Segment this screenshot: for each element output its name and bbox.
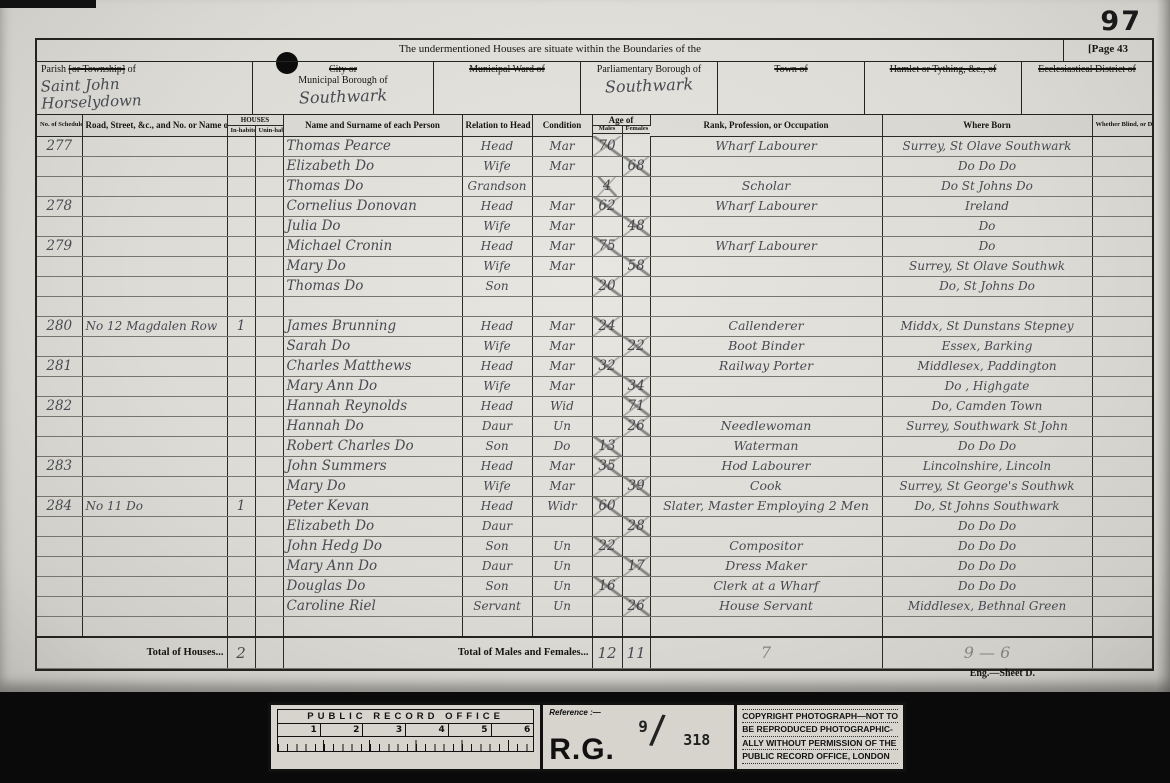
cell-age-males: 35 (592, 456, 622, 476)
district-hamlet: Hamlet or Tything, &c., of (865, 62, 1022, 114)
cell-name: Michael Cronin (283, 236, 462, 256)
ruler-number: 6 (492, 724, 534, 736)
cell-schedule (37, 216, 82, 236)
cell-inhabited (227, 536, 255, 556)
cell-age-females: 34 (622, 376, 650, 396)
cell-relation: Servant (462, 596, 532, 616)
cell-infirmity (1092, 296, 1152, 316)
ruler-ticks (277, 737, 534, 752)
cell-infirmity (1092, 276, 1152, 296)
column-headers: No. of Schedule Road, Street, &c., and N… (37, 115, 1152, 136)
cell-name: Elizabeth Do (283, 516, 462, 536)
cell-age-females (622, 616, 650, 637)
cell-name: James Brunning (283, 316, 462, 336)
cell-schedule: 283 (37, 456, 82, 476)
cell-age-females (622, 196, 650, 216)
cell-uninhabited (255, 256, 283, 276)
scan-edge-shadow (1156, 0, 1170, 692)
cell-address (82, 376, 227, 396)
cell-age-females (622, 456, 650, 476)
cell-uninhabited (255, 316, 283, 336)
cell-uninhabited (255, 516, 283, 536)
cell-relation: Wife (462, 336, 532, 356)
cell-name: Peter Kevan (283, 496, 462, 516)
cell-uninhabited (255, 596, 283, 616)
cell-inhabited (227, 216, 255, 236)
cell-occupation: Slater, Master Employing 2 Men (650, 496, 882, 516)
cell-condition: Mar (532, 236, 592, 256)
reference-series: R.G. (549, 733, 615, 767)
cell-age-males (592, 476, 622, 496)
cell-name: Mary Ann Do (283, 376, 462, 396)
ecclesiastical-struck: Ecclesiastical District of (1038, 64, 1136, 75)
cell-condition: Mar (532, 336, 592, 356)
cell-address (82, 356, 227, 376)
cell-condition: Un (532, 536, 592, 556)
cell-schedule: 284 (37, 496, 82, 516)
district-parliamentary-borough: Parliamentary Borough of Southwark (581, 62, 718, 114)
cell-name: Caroline Riel (283, 596, 462, 616)
census-scan-page: 97 The undermentioned Houses are situate… (0, 0, 1170, 692)
cell-occupation (650, 516, 882, 536)
table-row: 284 No 11 Do 1 Peter Kevan Head Widr 60 … (37, 496, 1152, 516)
cell-condition: Mar (532, 456, 592, 476)
cell-schedule: 282 (37, 396, 82, 416)
cell-name: Hannah Reynolds (283, 396, 462, 416)
cell-name (283, 296, 462, 316)
cell-occupation: Scholar (650, 176, 882, 196)
cell-address (82, 436, 227, 456)
cell-occupation: Callenderer (650, 316, 882, 336)
cell-age-males (592, 156, 622, 176)
total-females-value: 11 (622, 637, 650, 669)
cell-age-males: 16 (592, 576, 622, 596)
pro-title: PUBLIC RECORD OFFICE (277, 709, 534, 723)
cell-relation: Wife (462, 256, 532, 276)
district-municipal-borough: City or Municipal Borough of Southwark (253, 62, 434, 114)
cell-inhabited: 1 (227, 316, 255, 336)
public-record-office-card: PUBLIC RECORD OFFICE 1 2 3 4 5 6 Referen… (268, 702, 906, 772)
cell-inhabited (227, 436, 255, 456)
cell-where-born: Lincolnshire, Lincoln (882, 456, 1092, 476)
cell-uninhabited (255, 156, 283, 176)
cell-age-males: 22 (592, 536, 622, 556)
cell-inhabited (227, 256, 255, 276)
cell-age-females: 68 (622, 156, 650, 176)
cell-condition: Do (532, 436, 592, 456)
cell-age-males (592, 216, 622, 236)
cell-schedule (37, 336, 82, 356)
cell-name: Thomas Do (283, 276, 462, 296)
census-sheet: The undermentioned Houses are situate wi… (35, 38, 1154, 671)
cell-where-born: Do Do Do (882, 156, 1092, 176)
col-born: Where Born (882, 115, 1092, 136)
cell-where-born: Ireland (882, 196, 1092, 216)
cell-infirmity (1092, 316, 1152, 336)
cell-schedule (37, 556, 82, 576)
cell-inhabited (227, 336, 255, 356)
total-males-females-label: Total of Males and Females... (283, 637, 592, 669)
cell-where-born: Do , Highgate (882, 376, 1092, 396)
cell-schedule (37, 536, 82, 556)
cell-where-born: Do Do Do (882, 536, 1092, 556)
cell-uninhabited (255, 556, 283, 576)
cell-relation: Head (462, 356, 532, 376)
cell-where-born: Middlesex, Bethnal Green (882, 596, 1092, 616)
copyright-line: PUBLIC RECORD OFFICE, LONDON (742, 750, 898, 763)
cell-name: Thomas Pearce (283, 136, 462, 156)
cell-name: Thomas Do (283, 176, 462, 196)
cell-infirmity (1092, 496, 1152, 516)
parish-label-post: of (125, 64, 136, 75)
cell-relation: Head (462, 316, 532, 336)
engraver-sheet-note: Eng.—Sheet D. (970, 668, 1035, 679)
cell-age-females (622, 576, 650, 596)
cell-inhabited (227, 276, 255, 296)
pro-reference-section: Reference :— R.G. 9 / 318 (543, 705, 737, 769)
cell-relation: Head (462, 136, 532, 156)
hamlet-struck: Hamlet or Tything, &c., of (890, 64, 997, 75)
col-infirmity: Whether Blind, or Deaf-and-Dumb (1092, 115, 1152, 136)
cell-condition: Mar (532, 476, 592, 496)
cell-where-born: Middx, St Dunstans Stepney (882, 316, 1092, 336)
cell-uninhabited (255, 276, 283, 296)
cell-where-born (882, 296, 1092, 316)
cell-uninhabited (255, 336, 283, 356)
cell-age-males (592, 376, 622, 396)
cell-occupation: Wharf Labourer (650, 236, 882, 256)
cell-schedule: 280 (37, 316, 82, 336)
cell-relation: Head (462, 456, 532, 476)
cell-age-males (592, 596, 622, 616)
col-road: Road, Street, &c., and No. or Name of Ho… (82, 115, 227, 136)
cell-uninhabited (255, 236, 283, 256)
cell-inhabited (227, 176, 255, 196)
cell-inhabited (227, 136, 255, 156)
cell-age-males: 70 (592, 136, 622, 156)
cell-schedule: 281 (37, 356, 82, 376)
col-females: Females (622, 126, 650, 134)
cell-address (82, 216, 227, 236)
cell-address (82, 196, 227, 216)
parish-label-struck: [or Township] (69, 64, 126, 75)
cell-age-females: 17 (622, 556, 650, 576)
reference-item: 318 (683, 731, 710, 749)
cell-condition (532, 616, 592, 637)
col-males: Males (592, 126, 622, 134)
cell-uninhabited (255, 416, 283, 436)
cell-age-males: 24 (592, 316, 622, 336)
cell-age-males (592, 296, 622, 316)
cell-condition: Un (532, 416, 592, 436)
cell-uninhabited (255, 396, 283, 416)
cell-condition (532, 516, 592, 536)
col-age: Age of (592, 115, 650, 126)
cell-occupation (650, 256, 882, 276)
cell-address (82, 396, 227, 416)
cell-condition: Un (532, 596, 592, 616)
cell-where-born: Do (882, 236, 1092, 256)
cell-infirmity (1092, 376, 1152, 396)
cell-uninhabited (255, 376, 283, 396)
cell-schedule (37, 596, 82, 616)
reference-piece: 9 (638, 717, 648, 736)
totals-row: Total of Houses... 2 Total of Males and … (37, 637, 1152, 669)
cell-uninhabited (255, 296, 283, 316)
cell-age-females (622, 436, 650, 456)
cell-where-born: Surrey, St Olave Southwk (882, 256, 1092, 276)
table-row: Hannah Do Daur Un 26 Needlewoman Surrey,… (37, 416, 1152, 436)
cell-condition: Mar (532, 356, 592, 376)
cell-age-females (622, 136, 650, 156)
table-row: Julia Do Wife Mar 48 Do (37, 216, 1152, 236)
cell-address (82, 576, 227, 596)
cell-name: Mary Do (283, 476, 462, 496)
cell-occupation (650, 396, 882, 416)
cell-address (82, 456, 227, 476)
cell-schedule: 278 (37, 196, 82, 216)
cell-condition: Mar (532, 216, 592, 236)
cell-age-females (622, 276, 650, 296)
cell-where-born: Do, Camden Town (882, 396, 1092, 416)
cell-schedule: 279 (37, 236, 82, 256)
col-name: Name and Surname of each Person (283, 115, 462, 136)
pencil-tally-occupation: 7 (650, 637, 882, 669)
cell-inhabited (227, 556, 255, 576)
cell-where-born: Do, St Johns Southwark (882, 496, 1092, 516)
cell-name: John Summers (283, 456, 462, 476)
cell-uninhabited (255, 536, 283, 556)
ruler-scale: 1 2 3 4 5 6 (277, 723, 534, 737)
cell-where-born: Do (882, 216, 1092, 236)
cell-name: Julia Do (283, 216, 462, 236)
parish-value: Saint John Horselydown (40, 73, 191, 111)
cell-condition: Mar (532, 376, 592, 396)
cell-schedule (37, 256, 82, 276)
cell-address (82, 556, 227, 576)
cell-age-females (622, 236, 650, 256)
cell-occupation (650, 276, 882, 296)
cell-relation: Grandson (462, 176, 532, 196)
table-row: Sarah Do Wife Mar 22 Boot Binder Essex, … (37, 336, 1152, 356)
total-houses-label: Total of Houses... (37, 637, 227, 669)
cell-relation (462, 616, 532, 637)
cell-schedule (37, 616, 82, 637)
table-row: 277 Thomas Pearce Head Mar 70 Wharf Labo… (37, 136, 1152, 156)
table-row: Mary Do Wife Mar 39 Cook Surrey, St Geor… (37, 476, 1152, 496)
table-row: 282 Hannah Reynolds Head Wid 71 Do, Camd… (37, 396, 1152, 416)
cell-where-born: Do Do Do (882, 556, 1092, 576)
cell-where-born: Surrey, St George's Southwk (882, 476, 1092, 496)
col-houses: HOUSES (227, 115, 283, 126)
census-table: No. of Schedule Road, Street, &c., and N… (37, 115, 1152, 669)
cell-inhabited: 1 (227, 496, 255, 516)
table-row: Elizabeth Do Daur 28 Do Do Do (37, 516, 1152, 536)
cell-schedule (37, 296, 82, 316)
folio-number: 97 (1100, 6, 1142, 37)
table-row: Thomas Do Son 20 Do, St Johns Do (37, 276, 1152, 296)
cell-age-females: 28 (622, 516, 650, 536)
cell-uninhabited (255, 476, 283, 496)
cell-age-males: 32 (592, 356, 622, 376)
reference-label: Reference :— (549, 708, 728, 717)
district-municipal-ward: Municipal Ward of (434, 62, 581, 114)
cell-occupation: Dress Maker (650, 556, 882, 576)
total-males-value: 12 (592, 637, 622, 669)
cell-occupation (650, 216, 882, 236)
table-row: Mary Ann Do Wife Mar 34 Do , Highgate (37, 376, 1152, 396)
cell-age-females: 39 (622, 476, 650, 496)
cell-relation: Son (462, 576, 532, 596)
sheet-title: The undermentioned Houses are situate wi… (37, 40, 1063, 61)
col-condition: Condition (532, 115, 592, 136)
cell-name: John Hedg Do (283, 536, 462, 556)
cell-address (82, 416, 227, 436)
col-uninhabited: Unin-habited (U.), or Building (B.) (255, 126, 283, 136)
copyright-line: COPYRIGHT PHOTOGRAPH—NOT TO (742, 709, 898, 723)
cell-age-females (622, 356, 650, 376)
cell-schedule (37, 156, 82, 176)
cell-schedule (37, 576, 82, 596)
cell-name: Hannah Do (283, 416, 462, 436)
ruler-number: 2 (321, 724, 364, 736)
cell-uninhabited (255, 616, 283, 637)
parliamentary-borough-value: Southwark (585, 74, 714, 97)
cell-address: No 11 Do (82, 496, 227, 516)
cell-age-males: 4 (592, 176, 622, 196)
cell-name: Sarah Do (283, 336, 462, 356)
cell-age-males (592, 416, 622, 436)
cell-infirmity (1092, 476, 1152, 496)
cell-inhabited (227, 456, 255, 476)
cell-relation (462, 296, 532, 316)
cell-address (82, 596, 227, 616)
cell-schedule (37, 416, 82, 436)
cell-where-born: Essex, Barking (882, 336, 1092, 356)
cell-age-males: 20 (592, 276, 622, 296)
cell-where-born: Surrey, St Olave Southwark (882, 136, 1092, 156)
cell-inhabited (227, 376, 255, 396)
cell-age-females: 26 (622, 596, 650, 616)
cell-relation: Head (462, 396, 532, 416)
cell-infirmity (1092, 156, 1152, 176)
cell-age-males (592, 516, 622, 536)
cell-name: Charles Matthews (283, 356, 462, 376)
cell-age-females: 26 (622, 416, 650, 436)
cell-age-males: 75 (592, 236, 622, 256)
cell-age-females: 22 (622, 336, 650, 356)
cell-relation: Wife (462, 216, 532, 236)
cell-occupation (650, 156, 882, 176)
cell-inhabited (227, 596, 255, 616)
cell-infirmity (1092, 456, 1152, 476)
cell-age-females (622, 536, 650, 556)
total-houses-value: 2 (227, 637, 255, 669)
table-row: 281 Charles Matthews Head Mar 32 Railway… (37, 356, 1152, 376)
municipal-ward-struck: Municipal Ward of (469, 64, 545, 75)
cell-occupation (650, 296, 882, 316)
cell-age-females: 58 (622, 256, 650, 276)
cell-where-born: Do St Johns Do (882, 176, 1092, 196)
col-schedule: No. of Schedule (37, 115, 82, 136)
cell-inhabited (227, 416, 255, 436)
cell-name: Elizabeth Do (283, 156, 462, 176)
copyright-line: ALLY WITHOUT PERMISSION OF THE (742, 737, 898, 750)
municipal-borough-struck: City or (329, 64, 357, 75)
cell-age-females (622, 176, 650, 196)
cell-age-males (592, 336, 622, 356)
cell-inhabited (227, 616, 255, 637)
cell-infirmity (1092, 256, 1152, 276)
cell-uninhabited (255, 496, 283, 516)
cell-infirmity (1092, 576, 1152, 596)
cell-relation: Head (462, 236, 532, 256)
cell-condition (532, 176, 592, 196)
cell-inhabited (227, 396, 255, 416)
table-row: Elizabeth Do Wife Mar 68 Do Do Do (37, 156, 1152, 176)
cell-age-males (592, 556, 622, 576)
cell-uninhabited (255, 196, 283, 216)
cell-where-born: Middlesex, Paddington (882, 356, 1092, 376)
parish-label-pre: Parish (41, 64, 69, 75)
scan-edge-artifact (0, 0, 96, 8)
cell-name: Cornelius Donovan (283, 196, 462, 216)
cell-inhabited (227, 356, 255, 376)
table-row: Mary Do Wife Mar 58 Surrey, St Olave Sou… (37, 256, 1152, 276)
cell-relation: Daur (462, 416, 532, 436)
cell-name (283, 616, 462, 637)
cell-schedule: 277 (37, 136, 82, 156)
municipal-borough-label: Municipal Borough of (298, 75, 387, 86)
cell-age-males (592, 616, 622, 637)
cell-schedule (37, 436, 82, 456)
cell-age-males (592, 256, 622, 276)
cell-infirmity (1092, 356, 1152, 376)
cell-where-born (882, 616, 1092, 637)
table-row (37, 296, 1152, 316)
cell-age-males: 60 (592, 496, 622, 516)
cell-occupation: Cook (650, 476, 882, 496)
sheet-title-row: The undermentioned Houses are situate wi… (37, 40, 1152, 62)
table-row: 279 Michael Cronin Head Mar 75 Wharf Lab… (37, 236, 1152, 256)
cell-address (82, 276, 227, 296)
microfilm-strip: PUBLIC RECORD OFFICE 1 2 3 4 5 6 Referen… (0, 692, 1170, 783)
cell-inhabited (227, 196, 255, 216)
municipal-borough-value: Southwark (257, 84, 430, 109)
cell-address (82, 336, 227, 356)
cell-age-males: 13 (592, 436, 622, 456)
copyright-line: BE REPRODUCED PHOTOGRAPHIC- (742, 723, 898, 736)
cell-uninhabited (255, 216, 283, 236)
parliamentary-borough-label: Parliamentary Borough of (597, 64, 701, 75)
col-inhabited: In-habited (227, 126, 255, 136)
cell-schedule (37, 516, 82, 536)
cell-relation: Daur (462, 516, 532, 536)
cell-relation: Wife (462, 376, 532, 396)
cell-relation: Wife (462, 476, 532, 496)
ruler-number: 4 (406, 724, 449, 736)
cell-age-females: 71 (622, 396, 650, 416)
cell-address (82, 236, 227, 256)
cell-condition: Un (532, 556, 592, 576)
cell-uninhabited (255, 176, 283, 196)
town-struck: Town of (774, 64, 807, 75)
district-header-row: Parish [or Township] of Saint John Horse… (37, 62, 1152, 115)
cell-occupation: Railway Porter (650, 356, 882, 376)
cell-where-born: Do Do Do (882, 576, 1092, 596)
cell-infirmity (1092, 616, 1152, 637)
pro-ruler-section: PUBLIC RECORD OFFICE 1 2 3 4 5 6 (271, 705, 543, 769)
